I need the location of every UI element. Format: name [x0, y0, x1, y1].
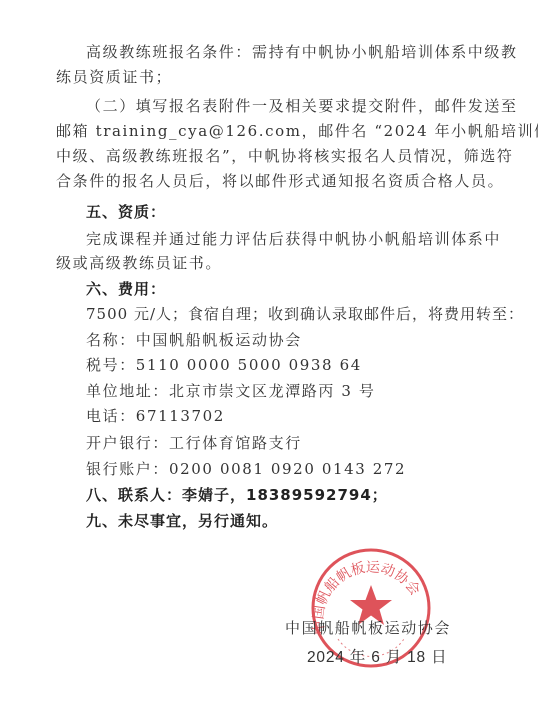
signature-organization: 中国帆船帆板运动协会 [285, 617, 451, 638]
text-line-payee-name: 名称：中国帆船帆板运动协会 [86, 330, 506, 350]
text-line-email-cont: 中级、高级教练班报名”，中帆协将核实报名人员情况，筛选符 [56, 146, 476, 166]
text-line-email: 邮箱 training_cya@126.com，邮件名 “2024 年小帆船培训… [56, 121, 476, 141]
text-line-fee-amount: 7500 元/人；食宿自理；收到确认录取邮件后，将费用转至： [86, 304, 506, 324]
document-page: 高级教练班报名条件：需持有中帆协小帆船培训体系中级教 练员资质证书； （二）填写… [0, 0, 538, 720]
section-heading-fees: 六、费用： [86, 279, 506, 299]
text-line-qualification: 完成课程并通过能力评估后获得中帆协小帆船培训体系中 [86, 229, 506, 249]
text-line-notify: 合条件的报名人员后，将以邮件形式通知报名资质合格人员。 [56, 171, 476, 191]
text-line-tax-id: 税号：5110 0000 5000 0938 64 [86, 355, 506, 375]
text-line-bank: 开户银行：工行体育馆路支行 [86, 433, 506, 453]
text-line-bank-account: 银行账户：0200 0081 0920 0143 272 [86, 459, 506, 479]
text-line-phone: 电话：67113702 [86, 406, 506, 426]
text-line-eligibility: 高级教练班报名条件：需持有中帆协小帆船培训体系中级教 [86, 42, 506, 62]
signature-date: 2024 年 6 月 18 日 [307, 645, 447, 667]
section-heading-contact: 八、联系人：李婧子，18389592794； [86, 485, 506, 505]
text-line-qualification-cont: 级或高级教练员证书。 [56, 253, 476, 273]
text-line-submit: （二）填写报名表附件一及相关要求提交附件，邮件发送至 [86, 96, 506, 116]
section-heading-qualification: 五、资质： [86, 202, 506, 222]
section-heading-other: 九、未尽事宜，另行通知。 [86, 511, 506, 531]
text-line-eligibility-cont: 练员资质证书； [56, 67, 476, 87]
text-line-address: 单位地址：北京市崇文区龙潭路丙 3 号 [86, 381, 506, 401]
